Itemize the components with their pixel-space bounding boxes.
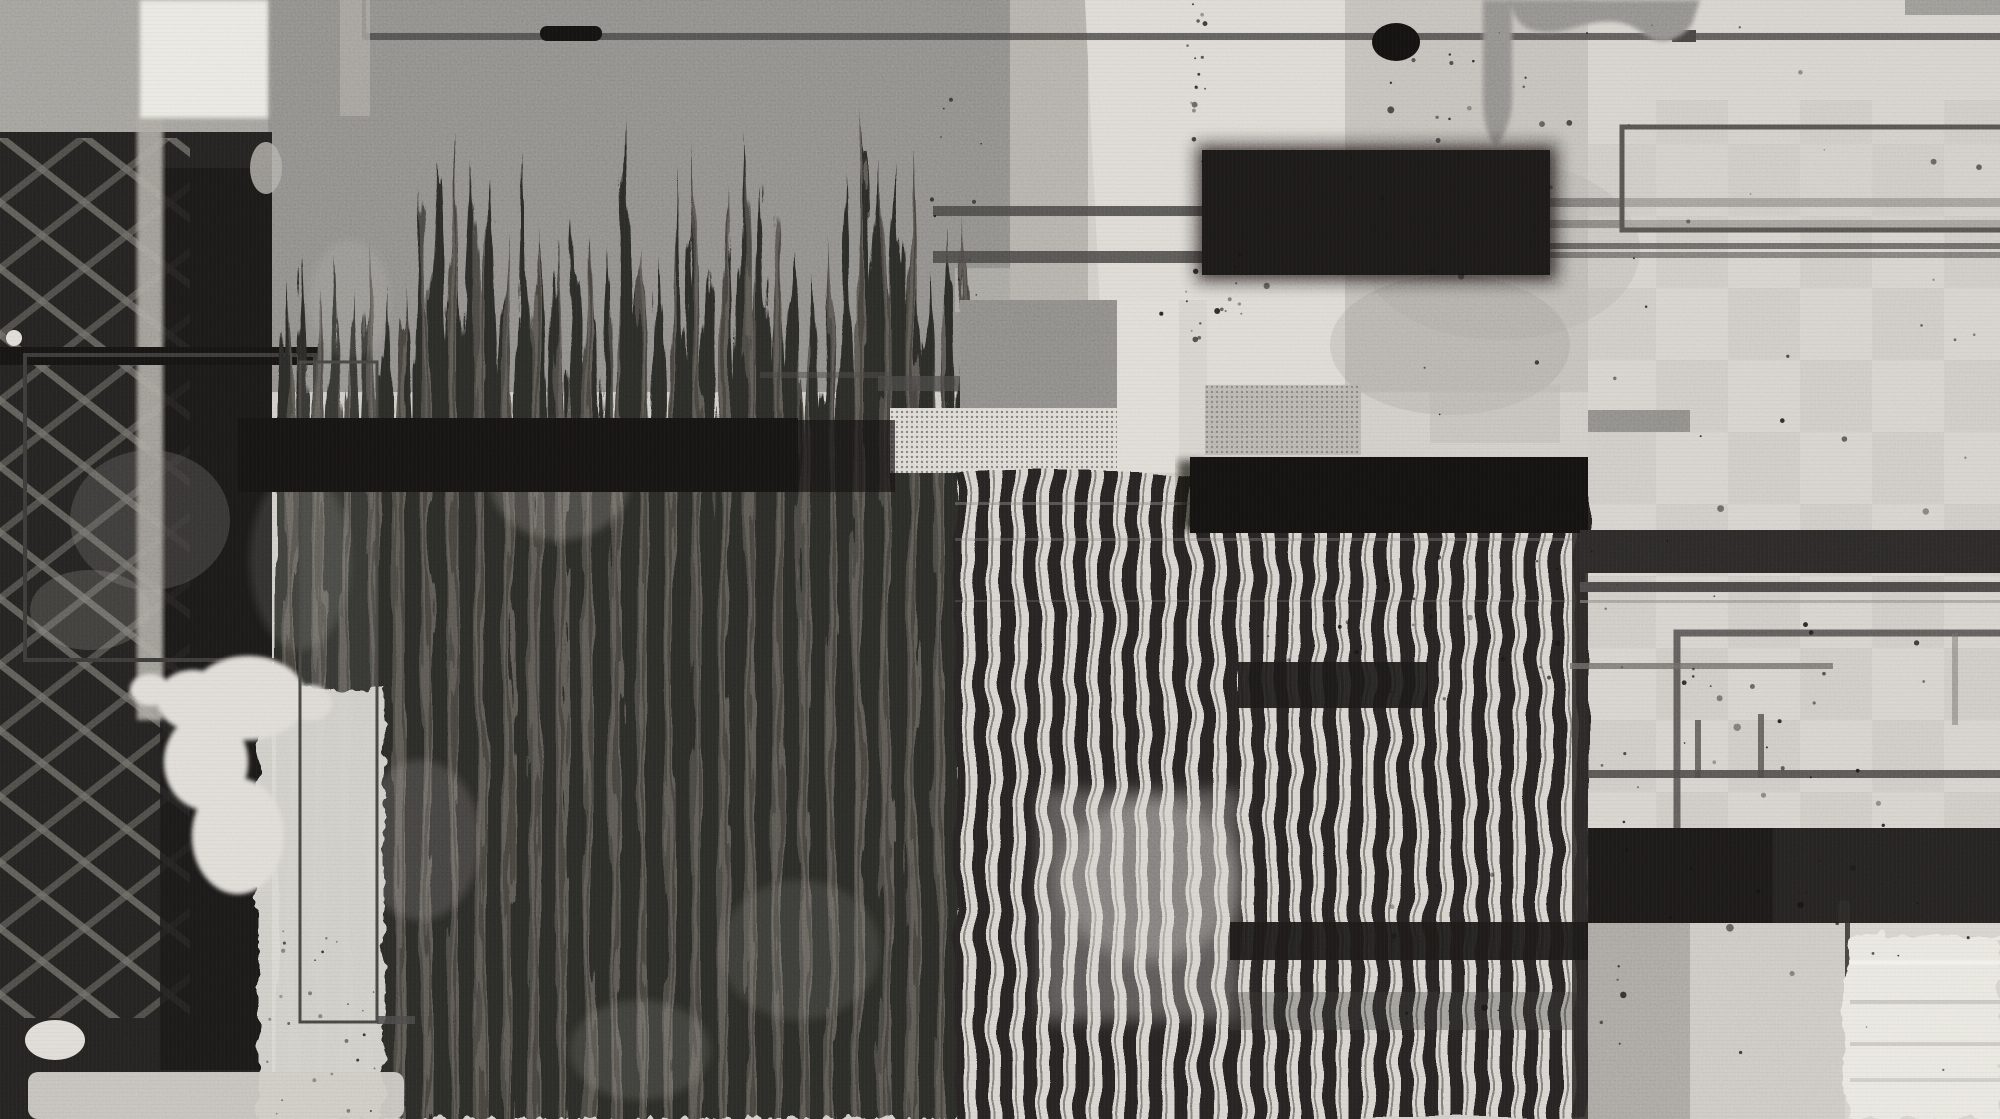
grain-overlay <box>0 0 2000 1119</box>
artwork-canvas <box>0 0 2000 1119</box>
abstract-painting <box>0 0 2000 1119</box>
